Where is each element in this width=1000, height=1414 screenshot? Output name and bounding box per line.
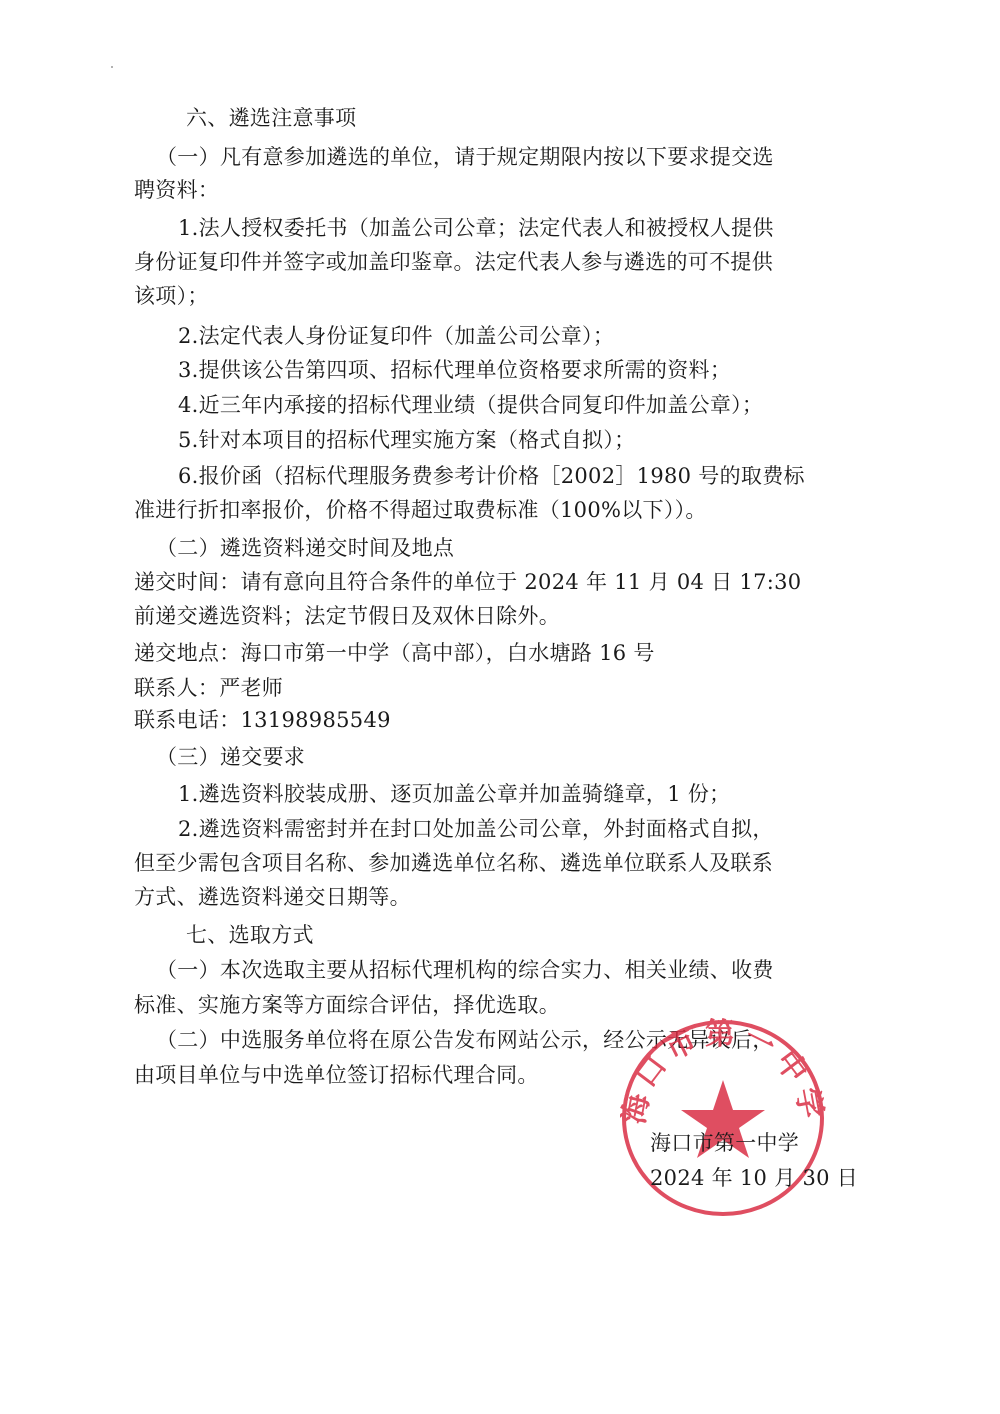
list-item: 3.提供该公告第四项、招标代理单位资格要求所需的资料； <box>178 357 731 383</box>
subsection-line: （一）凡有意参加遴选的单位，请于规定期限内按以下要求提交选 <box>156 144 774 170</box>
list-item: 4.近三年内承接的招标代理业绩（提供合同复印件加盖公章）； <box>178 392 763 418</box>
signature-organization: 海口市第一中学 <box>650 1130 799 1156</box>
list-item: 1.法人授权委托书（加盖公司公章；法定代表人和被授权人提供 <box>178 215 774 241</box>
text-line: 由项目单位与中选单位签订招标代理合同。 <box>134 1062 539 1088</box>
signature-date: 2024 年 10 月 30 日 <box>650 1165 858 1191</box>
contact-person: 联系人：严老师 <box>134 675 283 701</box>
scan-speck <box>111 66 113 68</box>
subsection-line: （一）本次选取主要从招标代理机构的综合实力、相关业绩、收费 <box>156 957 774 983</box>
section-heading-6: 六、遴选注意事项 <box>186 105 356 131</box>
subsection-line: （二）中选服务单位将在原公告发布网站公示，经公示无异议后， <box>156 1027 774 1053</box>
subsection-line: （二）遴选资料递交时间及地点 <box>156 535 454 561</box>
text-line: 聘资料： <box>134 177 219 203</box>
text-line: 身份证复印件并签字或加盖印鉴章。法定代表人参与遴选的可不提供 <box>134 249 773 275</box>
text-line: 前递交遴选资料；法定节假日及双休日除外。 <box>134 603 560 629</box>
list-item: 1.遴选资料胶装成册、逐页加盖公章并加盖骑缝章，1 份； <box>178 781 730 807</box>
list-item: 5.针对本项目的招标代理实施方案（格式自拟）； <box>178 427 635 453</box>
submission-location: 递交地点：海口市第一中学（高中部），白水塘路 16 号 <box>134 640 655 666</box>
submission-time: 递交时间：请有意向且符合条件的单位于 2024 年 11 月 04 日 17:3… <box>134 569 801 595</box>
document-page: 六、遴选注意事项 （一）凡有意参加遴选的单位，请于规定期限内按以下要求提交选 聘… <box>0 0 1000 1414</box>
contact-phone: 联系电话：13198985549 <box>134 707 391 733</box>
list-item: 2.法定代表人身份证复印件（加盖公司公章）； <box>178 323 614 349</box>
text-line: 但至少需包含项目名称、参加遴选单位名称、遴选单位联系人及联系 <box>134 850 773 876</box>
list-item: 2.遴选资料需密封并在封口处加盖公司公章，外封面格式自拟， <box>178 816 774 842</box>
text-line: 该项）； <box>134 283 209 309</box>
text-line: 标准、实施方案等方面综合评估，择优选取。 <box>134 992 560 1018</box>
list-item: 6.报价函（招标代理服务费参考计价格［2002］1980 号的取费标 <box>178 463 805 489</box>
subsection-line: （三）递交要求 <box>156 744 305 770</box>
text-line: 准进行折扣率报价，价格不得超过取费标准（100%以下））。 <box>134 497 707 523</box>
section-heading-7: 七、选取方式 <box>186 922 314 948</box>
text-line: 方式、遴选资料递交日期等。 <box>134 884 411 910</box>
